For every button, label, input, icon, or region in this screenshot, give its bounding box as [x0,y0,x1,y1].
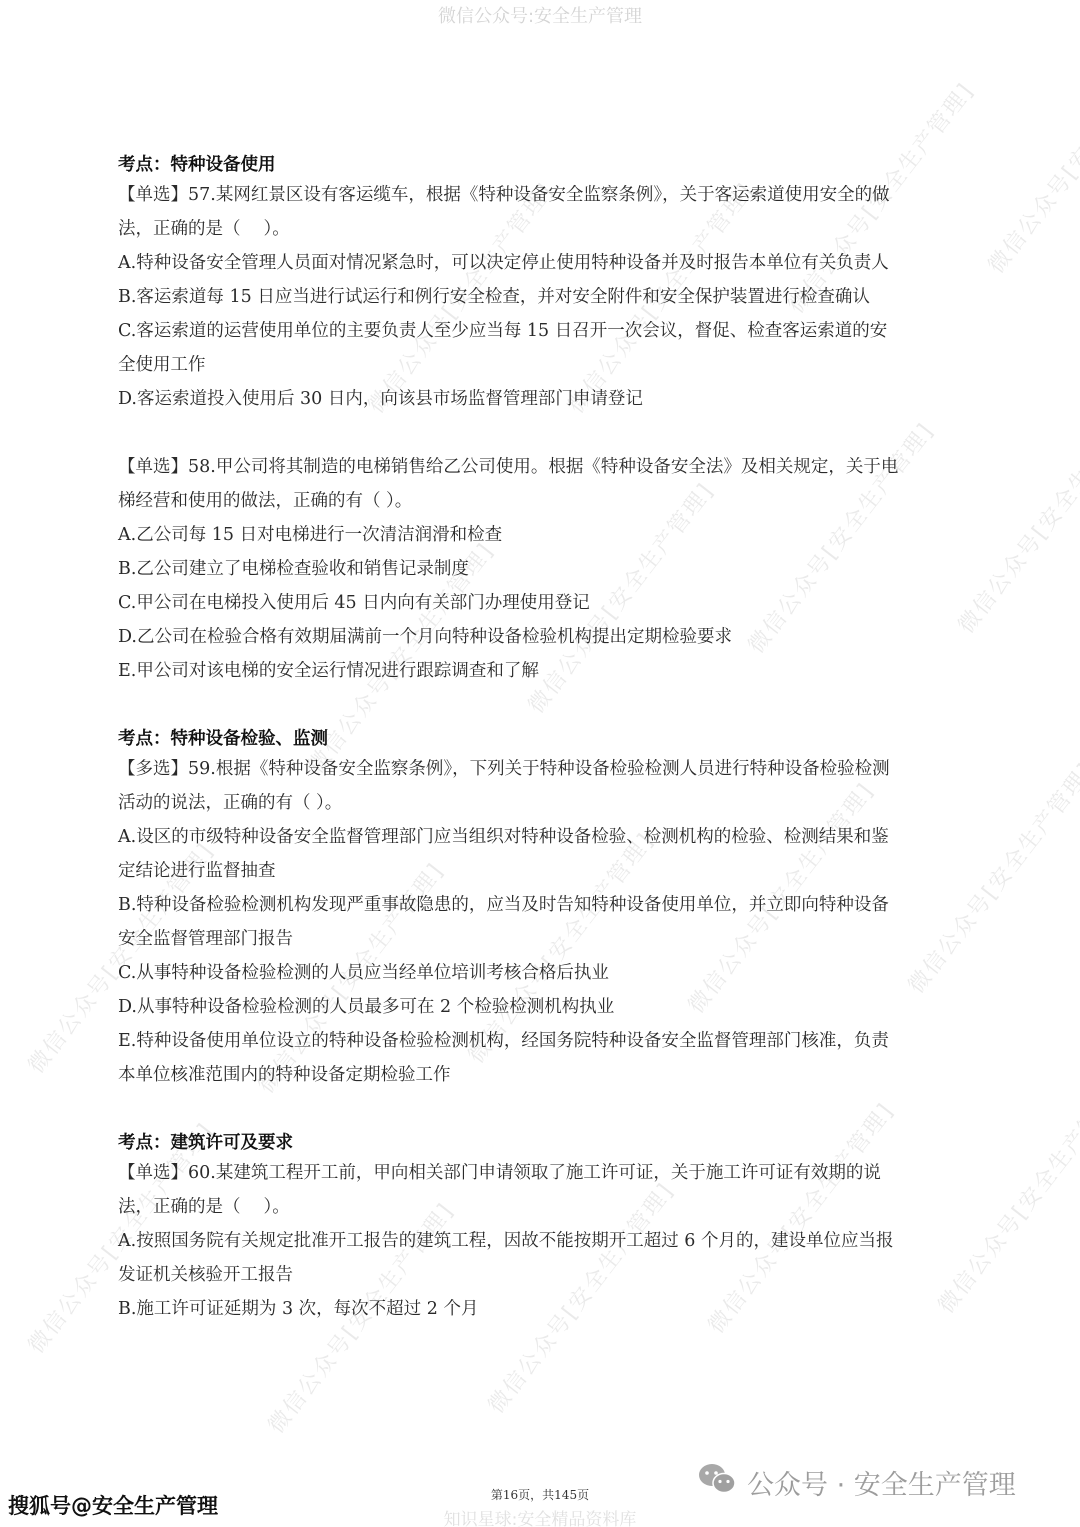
option-a: 定结论进行监督抽查 [118,854,963,888]
option-c: C.从事特种设备检验检测的人员应当经单位培训考核合格后执业 [118,956,963,990]
question-stem: 梯经营和使用的做法，正确的有（ ）。 [118,484,963,518]
question-stem: 活动的说法，正确的有（ ）。 [118,786,963,820]
option-a: A.设区的市级特种设备安全监督管理部门应当组织对特种设备检验、检测机构的检验、检… [118,820,963,854]
option-e: E.甲公司对该电梯的安全运行情况进行跟踪调查和了解 [118,654,963,688]
question-58: 【单选】58.甲公司将其制造的电梯销售给乙公司使用。根据《特种设备安全法》及相关… [118,450,963,688]
spacer [118,416,963,450]
question-59: 【多选】59.根据《特种设备安全监察条例》，下列关于特种设备检验检测人员进行特种… [118,752,963,1092]
section-title: 考点：建筑许可及要求 [118,1126,963,1156]
option-a: A.乙公司每 15 日对电梯进行一次清洁润滑和检查 [118,518,963,552]
question-stem: 法，正确的是（ ）。 [118,212,963,246]
section-title: 考点：特种设备使用 [118,148,963,178]
option-a: A.特种设备安全管理人员面对情况紧急时，可以决定停止使用特种设备并及时报告本单位… [118,246,963,280]
option-a: 发证机关核验开工报告 [118,1258,963,1292]
option-b: B.施工许可证延期为 3 次，每次不超过 2 个月 [118,1292,963,1326]
question-57: 【单选】57.某网红景区设有客运缆车，根据《特种设备安全监察条例》，关于客运索道… [118,178,963,416]
option-c: C.甲公司在电梯投入使用后 45 日内向有关部门办理使用登记 [118,586,963,620]
question-stem: 【单选】57.某网红景区设有客运缆车，根据《特种设备安全监察条例》，关于客运索道… [118,178,963,212]
top-watermark: 微信公众号:安全生产管理 [0,2,1080,28]
question-stem: 【单选】60.某建筑工程开工前，甲向相关部门申请领取了施工许可证，关于施工许可证… [118,1156,963,1190]
option-b: 安全监督管理部门报告 [118,922,963,956]
wechat-icon [697,1462,747,1503]
document-content: 考点：特种设备使用 【单选】57.某网红景区设有客运缆车，根据《特种设备安全监察… [118,148,963,1326]
diagonal-watermark: 微信公众号[安全生产管理] [950,395,1080,639]
section-title: 考点：特种设备检验、监测 [118,722,963,752]
option-d: D.从事特种设备检验检测的人员最多可在 2 个检验检测机构执业 [118,990,963,1024]
question-stem: 【多选】59.根据《特种设备安全监察条例》，下列关于特种设备检验检测人员进行特种… [118,752,963,786]
option-a: A.按照国务院有关规定批准开工报告的建筑工程，因故不能按期开工超过 6 个月的，… [118,1224,963,1258]
option-c: C.客运索道的运营使用单位的主要负责人至少应当每 15 日召开一次会议，督促、检… [118,314,963,348]
option-c: 全使用工作 [118,348,963,382]
spacer [118,688,963,722]
option-e: 本单位核准范围内的特种设备定期检验工作 [118,1058,963,1092]
option-e: E.特种设备使用单位设立的特种设备检验检测机构，经国务院特种设备安全监督管理部门… [118,1024,963,1058]
wechat-official-account-badge: 公众号 · 安全生产管理 [697,1462,1016,1503]
option-d: D.乙公司在检验合格有效期届满前一个月向特种设备检验机构提出定期检验要求 [118,620,963,654]
option-b: B.客运索道每 15 日应当进行试运行和例行安全检查，并对安全附件和安全保护装置… [118,280,963,314]
option-b: B.特种设备检验检测机构发现严重事故隐患的，应当及时告知特种设备使用单位，并立即… [118,888,963,922]
sohu-account-label: 搜狐号@安全生产管理 [8,1490,218,1520]
question-60: 【单选】60.某建筑工程开工前，甲向相关部门申请领取了施工许可证，关于施工许可证… [118,1156,963,1326]
diagonal-watermark: 微信公众号[安全生产管理] [980,35,1080,279]
question-stem: 法，正确的是（ ）。 [118,1190,963,1224]
question-stem: 【单选】58.甲公司将其制造的电梯销售给乙公司使用。根据《特种设备安全法》及相关… [118,450,963,484]
wechat-account-label: 公众号 · 安全生产管理 [747,1463,1016,1502]
option-d: D.客运索道投入使用后 30 日内，向该县市场监督管理部门申请登记 [118,382,963,416]
spacer [118,1092,963,1126]
option-b: B.乙公司建立了电梯检查验收和销售记录制度 [118,552,963,586]
